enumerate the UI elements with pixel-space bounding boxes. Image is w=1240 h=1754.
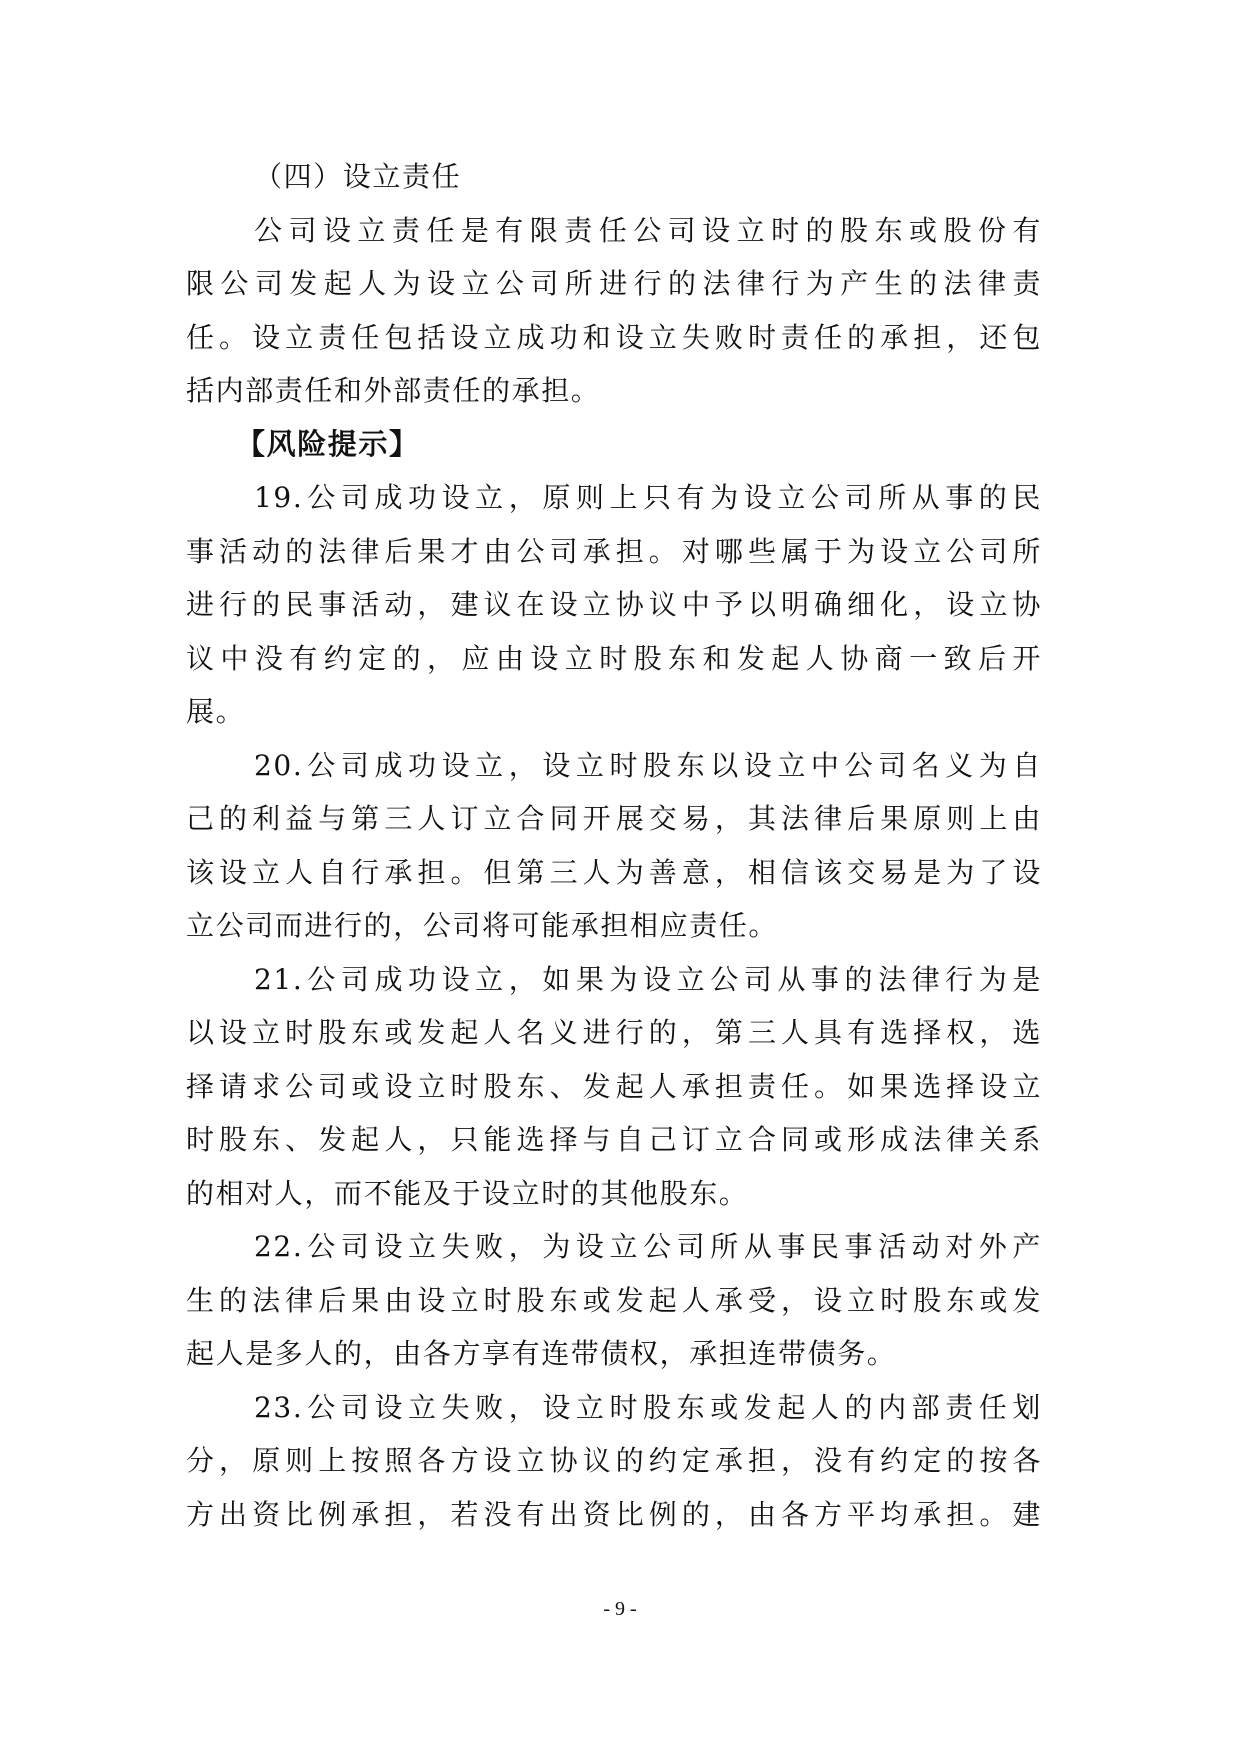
risk-tip-title: 【风险提示】 (186, 418, 1042, 472)
text-line: 生的法律后果由设立时股东或发起人承受，设立时股东或发 (186, 1274, 1042, 1328)
text-line: 时股东、发起人，只能选择与自己订立合同或形成法律关系 (186, 1113, 1042, 1167)
risk-item-22: 22.公司设立失败，为设立公司所从事民事活动对外产 生的法律后果由设立时股东或发… (186, 1220, 1042, 1381)
text-line: 己的利益与第三人订立合同开展交易，其法律后果原则上由 (186, 792, 1042, 846)
text-line: 的相对人，而不能及于设立时的其他股东。 (186, 1167, 1042, 1221)
text-line: 议中没有约定的，应由设立时股东和发起人协商一致后开 (186, 632, 1042, 686)
text-line: 进行的民事活动，建议在设立协议中予以明确细化，设立协 (186, 578, 1042, 632)
text-line: 以设立时股东或发起人名义进行的，第三人具有选择权，选 (186, 1006, 1042, 1060)
document-page: （四）设立责任 公司设立责任是有限责任公司设立时的股东或股份有 限公司发起人为设… (186, 150, 1042, 1541)
page-number: - 9 - (0, 1598, 1240, 1621)
text-line: 方出资比例承担，若没有出资比例的，由各方平均承担。建 (186, 1488, 1042, 1542)
text-line: 23.公司设立失败，设立时股东或发起人的内部责任划 (186, 1381, 1042, 1435)
risk-item-21: 21.公司成功设立，如果为设立公司从事的法律行为是 以设立时股东或发起人名义进行… (186, 953, 1042, 1221)
text-line: 立公司而进行的，公司将可能承担相应责任。 (186, 899, 1042, 953)
text-line: 22.公司设立失败，为设立公司所从事民事活动对外产 (186, 1220, 1042, 1274)
intro-paragraph: 公司设立责任是有限责任公司设立时的股东或股份有 限公司发起人为设立公司所进行的法… (186, 204, 1042, 418)
text-line: 19.公司成功设立，原则上只有为设立公司所从事的民 (186, 471, 1042, 525)
text-line: 该设立人自行承担。但第三人为善意，相信该交易是为了设 (186, 846, 1042, 900)
risk-item-23: 23.公司设立失败，设立时股东或发起人的内部责任划 分，原则上按照各方设立协议的… (186, 1381, 1042, 1542)
text-line: 21.公司成功设立，如果为设立公司从事的法律行为是 (186, 953, 1042, 1007)
text-line: 任。设立责任包括设立成功和设立失败时责任的承担，还包 (186, 311, 1042, 365)
text-line: 限公司发起人为设立公司所进行的法律行为产生的法律责 (186, 257, 1042, 311)
risk-item-19: 19.公司成功设立，原则上只有为设立公司所从事的民 事活动的法律后果才由公司承担… (186, 471, 1042, 739)
section-heading: （四）设立责任 (186, 150, 1042, 204)
text-line: 括内部责任和外部责任的承担。 (186, 364, 1042, 418)
risk-item-20: 20.公司成功设立，设立时股东以设立中公司名义为自 己的利益与第三人订立合同开展… (186, 739, 1042, 953)
text-line: 20.公司成功设立，设立时股东以设立中公司名义为自 (186, 739, 1042, 793)
text-line: 展。 (186, 685, 1042, 739)
text-line: 择请求公司或设立时股东、发起人承担责任。如果选择设立 (186, 1060, 1042, 1114)
text-line: 起人是多人的，由各方享有连带债权，承担连带债务。 (186, 1327, 1042, 1381)
text-line: 分，原则上按照各方设立协议的约定承担，没有约定的按各 (186, 1434, 1042, 1488)
text-line: 事活动的法律后果才由公司承担。对哪些属于为设立公司所 (186, 525, 1042, 579)
text-line: 公司设立责任是有限责任公司设立时的股东或股份有 (186, 204, 1042, 258)
